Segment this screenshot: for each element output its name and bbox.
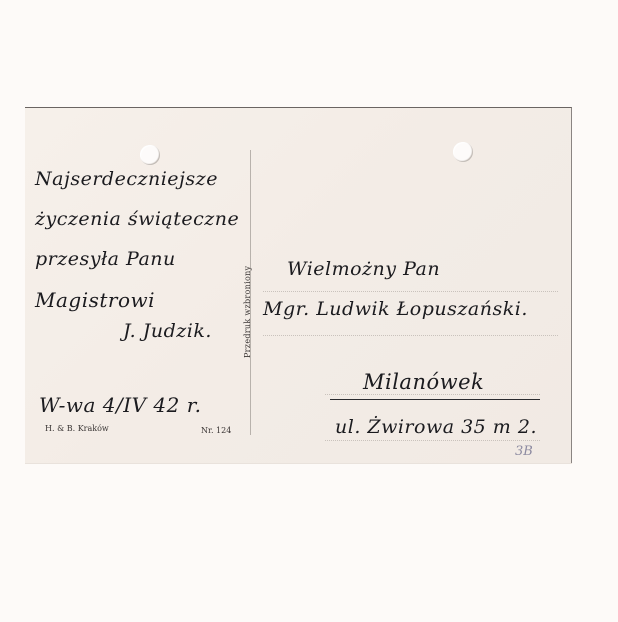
punch-hole-left [140, 145, 160, 165]
message-line-4: Magistrowi [35, 288, 155, 312]
punch-hole-right [453, 142, 473, 162]
message-line-2: życzenia świąteczne [35, 208, 239, 230]
address-rule-1 [263, 291, 558, 292]
message-line-3: przesyła Panu [35, 248, 176, 270]
copyright-notice: Przedruk wzbroniony [243, 266, 252, 358]
postcard: Przedruk wzbroniony Najserdeczniejsze ży… [25, 107, 572, 463]
city-underline [330, 399, 540, 400]
publisher-imprint: H. & B. Kraków [45, 424, 109, 433]
signature: J. Judzik. [123, 320, 212, 342]
date-line: W-wa 4/IV 42 r. [39, 393, 201, 417]
card-number: Nr. 124 [201, 426, 231, 435]
address-recipient: Mgr. Ludwik Łopuszański. [263, 298, 528, 320]
address-salutation: Wielmożny Pan [287, 258, 440, 280]
pencil-note: 3B [515, 444, 533, 459]
address-city: Milanówek [363, 370, 484, 394]
address-rule-2 [263, 335, 558, 336]
address-rule-3 [325, 394, 540, 395]
address-street: ul. Żwirowa 35 m 2. [335, 416, 537, 438]
message-line-1: Najserdeczniejsze [35, 168, 218, 190]
address-rule-4 [325, 440, 540, 441]
